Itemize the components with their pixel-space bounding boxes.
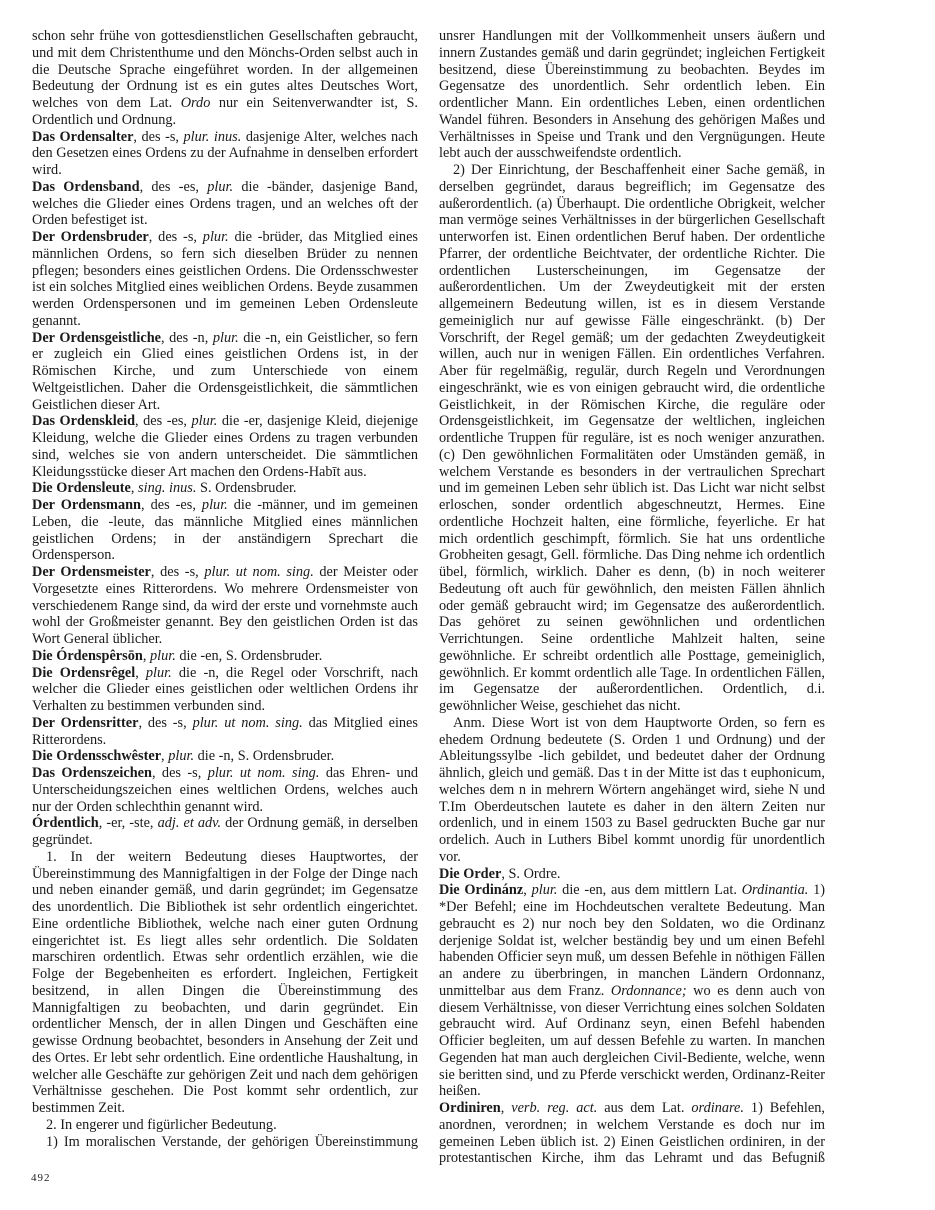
page-number: 492 <box>31 1172 51 1184</box>
definition: S. Ordensbruder. <box>196 480 296 496</box>
headword: Die Order <box>439 866 501 882</box>
headword: Die Órdenspêrsōn <box>32 648 143 664</box>
headword: Der Ordensgeistliche <box>32 330 161 346</box>
dictionary-entry: Der Ordensgeistliche, des -n, plur. die … <box>32 330 418 414</box>
grammar-note: plur. <box>191 413 217 429</box>
sense-paragraph: 1) Im moralischen Verstande, der gehörig… <box>32 1134 418 1151</box>
dictionary-entry: Die Ordensleute, sing. inus. S. Ordensbr… <box>32 480 418 497</box>
dictionary-entry: Die Order, S. Ordre. <box>439 866 825 883</box>
inflection: , <box>523 882 531 898</box>
headword: Die Ordensschwêster <box>32 748 161 764</box>
grammar-note: plur. <box>213 330 239 346</box>
left-column: schon sehr frühe von gottesdienstlichen … <box>32 28 418 1150</box>
headword: Der Ordensmann <box>32 497 141 513</box>
right-column: unsrer Handlungen mit der Vollkommenheit… <box>439 28 825 1167</box>
latin-term: ordinare. <box>691 1100 744 1116</box>
inflection: , <box>135 665 146 681</box>
dictionary-entry: Der Ordensmeister, des -s, plur. ut nom.… <box>32 564 418 648</box>
annotation-paragraph: Anm. Diese Wort ist von dem Hauptworte O… <box>439 715 825 866</box>
dictionary-entry: Der Ordensmann, des -es, plur. die -männ… <box>32 497 418 564</box>
inflection: , des -n, <box>161 330 213 346</box>
grammar-note: plur. <box>150 648 176 664</box>
dictionary-entry: Die Ordensschwêster, plur. die -n, S. Or… <box>32 748 418 765</box>
dictionary-entry: Das Ordenszeichen, des -s, plur. ut nom.… <box>32 765 418 815</box>
headword: Der Ordensritter <box>32 715 138 731</box>
dictionary-entry: Der Ordensbruder, des -s, plur. die -brü… <box>32 229 418 330</box>
sense-paragraph: 1. In der weitern Bedeutung dieses Haupt… <box>32 849 418 1117</box>
headword: Die Ordensleute <box>32 480 131 496</box>
inflection: , <box>131 480 138 496</box>
french-term: Ordonnance; <box>611 983 687 999</box>
headword: Der Ordensbruder <box>32 229 149 245</box>
sense-paragraph: 2. In engerer und figürlicher Bedeutung. <box>32 1117 418 1134</box>
definition: aus dem Lat. <box>597 1100 691 1116</box>
definition: die -en, S. Ordensbruder. <box>176 648 323 664</box>
dictionary-entry: Das Ordensband, des -es, plur. die -bänd… <box>32 179 418 229</box>
definition: wo es denn auch von diesem Verhältnisse,… <box>439 983 825 1100</box>
headword: Ordiniren <box>439 1100 501 1116</box>
inflection: , des -s, <box>151 564 204 580</box>
latin-term: Ordinantia. <box>742 882 809 898</box>
grammar-note: plur. <box>207 179 233 195</box>
latin-term: Ordo <box>181 95 211 111</box>
grammar-note: sing. inus. <box>138 480 196 496</box>
inflection: , des -s, <box>133 129 183 145</box>
grammar-note: plur. inus. <box>184 129 242 145</box>
grammar-note: plur. ut nom. sing. <box>208 765 320 781</box>
definition: die -en, aus dem mittlern Lat. <box>557 882 741 898</box>
headword: Das Ordensalter <box>32 129 133 145</box>
dictionary-entry: Die Ordinánz, plur. die -en, aus dem mit… <box>439 882 825 1100</box>
grammar-note: plur. <box>202 497 228 513</box>
inflection: , des -es, <box>140 179 208 195</box>
headword: Die Ordensrêgel <box>32 665 135 681</box>
dictionary-page: schon sehr frühe von gottesdienstlichen … <box>0 0 935 1210</box>
definition: S. Ordre. <box>508 866 560 882</box>
headword: Órdentlich <box>32 815 99 831</box>
inflection: , <box>501 1100 512 1116</box>
inflection: , <box>143 648 150 664</box>
continuation-paragraph: schon sehr frühe von gottesdienstlichen … <box>32 28 418 129</box>
inflection: , des -es, <box>135 413 191 429</box>
headword: Das Ordenskleid <box>32 413 135 429</box>
definition: 1) *Der Befehl; eine im Hochdeutschen ve… <box>439 882 825 999</box>
inflection: , des -s, <box>152 765 208 781</box>
grammar-note: plur. <box>203 229 229 245</box>
headword: Das Ordenszeichen <box>32 765 152 781</box>
sense-paragraph: 2) Der Einrichtung, der Beschaffenheit e… <box>439 162 825 715</box>
headword: Das Ordensband <box>32 179 140 195</box>
dictionary-entry: Órdentlich, -er, -ste, adj. et adv. der … <box>32 815 418 849</box>
grammar-note: adj. et adv. <box>158 815 221 831</box>
dictionary-entry: Der Ordensritter, des -s, plur. ut nom. … <box>32 715 418 749</box>
dictionary-entry: Die Órdenspêrsōn, plur. die -en, S. Orde… <box>32 648 418 665</box>
dictionary-entry: Ordiniren, verb. reg. act. aus dem Lat. … <box>439 1100 825 1167</box>
dictionary-entry: Das Ordensalter, des -s, plur. inus. das… <box>32 129 418 179</box>
grammar-note: plur. <box>532 882 558 898</box>
grammar-note: verb. reg. act. <box>511 1100 597 1116</box>
inflection: , -er, -ste, <box>99 815 158 831</box>
inflection: , des -es, <box>141 497 202 513</box>
grammar-note: plur. <box>146 665 172 681</box>
headword: Der Ordensmeister <box>32 564 151 580</box>
grammar-note: plur. ut nom. sing. <box>193 715 303 731</box>
dictionary-entry: Die Ordensrêgel, plur. die -n, die Regel… <box>32 665 418 715</box>
dictionary-entry: Das Ordenskleid, des -es, plur. die -er,… <box>32 413 418 480</box>
definition: die -n, S. Ordensbruder. <box>194 748 334 764</box>
inflection: , des -s, <box>149 229 203 245</box>
headword: Die Ordinánz <box>439 882 523 898</box>
grammar-note: plur. <box>168 748 194 764</box>
continuation-paragraph: unsrer Handlungen mit der Vollkommenheit… <box>439 28 825 162</box>
inflection: , des -s, <box>138 715 192 731</box>
grammar-note: plur. ut nom. sing. <box>204 564 313 580</box>
